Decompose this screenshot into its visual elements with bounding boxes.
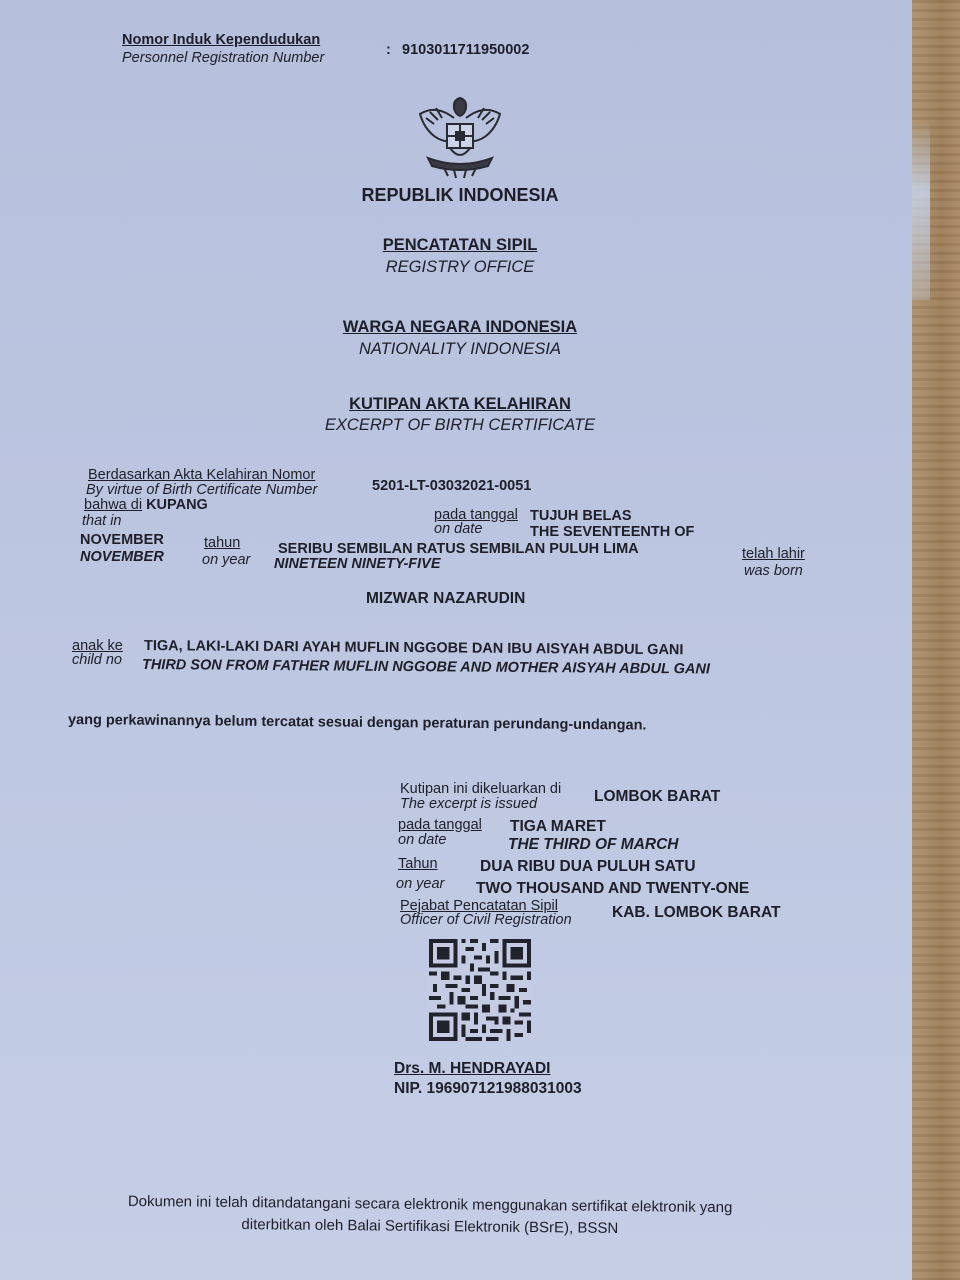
issue-date-en: THE THIRD OF MARCH bbox=[508, 836, 679, 854]
child-no-label-en: child no bbox=[72, 652, 122, 668]
issue-date-label-en: on date bbox=[398, 832, 446, 848]
issue-year-label-en: on year bbox=[396, 876, 444, 892]
issue-date-label-id: pada tanggal bbox=[398, 817, 482, 833]
issue-year-id: DUA RIBU DUA PULUH SATU bbox=[480, 858, 696, 876]
issue-year-en: TWO THOUSAND AND TWENTY-ONE bbox=[476, 880, 749, 898]
garuda-emblem-icon bbox=[414, 88, 506, 180]
cert-number-label-en: By virtue of Birth Certificate Number bbox=[86, 482, 317, 498]
marriage-note: yang perkawinannya belum tercatat sesuai… bbox=[68, 712, 647, 734]
nik-separator: : bbox=[386, 42, 391, 58]
country-title: REPUBLIK INDONESIA bbox=[290, 185, 630, 206]
cert-number-value: 5201-LT-03032021-0051 bbox=[372, 478, 531, 494]
year-label-id: tahun bbox=[204, 535, 240, 551]
electronic-signature-notice: Dokumen ini telah ditandatangani secara … bbox=[70, 1190, 790, 1242]
birth-year-en: NINETEEN NINETY-FIVE bbox=[274, 556, 441, 572]
born-label-id: telah lahir bbox=[742, 546, 805, 562]
officer-office: KAB. LOMBOK BARAT bbox=[612, 904, 780, 922]
officer-label-en: Officer of Civil Registration bbox=[400, 912, 572, 928]
nationality-en: NATIONALITY INDONESIA bbox=[290, 340, 630, 359]
born-label-en: was born bbox=[744, 563, 803, 579]
place-label-id: bahwa di bbox=[84, 497, 142, 513]
issued-label-en: The excerpt is issued bbox=[400, 796, 537, 812]
signatory-nip: NIP. 196907121988031003 bbox=[394, 1080, 582, 1098]
qr-code-icon bbox=[429, 938, 531, 1042]
issued-label-id: Kutipan ini dikeluarkan di bbox=[400, 781, 561, 797]
child-parents-en: THIRD SON FROM FATHER MUFLIN NGGOBE AND … bbox=[142, 657, 710, 677]
nik-label-en: Personnel Registration Number bbox=[122, 50, 324, 66]
birth-year-id: SERIBU SEMBILAN RATUS SEMBILAN PULUH LIM… bbox=[278, 541, 639, 557]
birth-day-en: THE SEVENTEENTH OF bbox=[530, 524, 694, 540]
signatory-name: Drs. M. HENDRAYADI bbox=[394, 1060, 550, 1078]
office-title-en: REGISTRY OFFICE bbox=[290, 258, 630, 277]
document-title-en: EXCERPT OF BIRTH CERTIFICATE bbox=[270, 416, 650, 435]
birth-month-id: NOVEMBER bbox=[80, 532, 164, 548]
cert-number-label-id: Berdasarkan Akta Kelahiran Nomor bbox=[88, 467, 315, 483]
place-label-en: that in bbox=[82, 513, 122, 529]
birth-day-id: TUJUH BELAS bbox=[530, 508, 632, 524]
birth-place: KUPANG bbox=[146, 497, 208, 513]
birth-month-en: NOVEMBER bbox=[80, 549, 164, 565]
nik-value: 9103011711950002 bbox=[402, 42, 529, 58]
nationality-id: WARGA NEGARA INDONESIA bbox=[290, 318, 630, 337]
child-parents-id: TIGA, LAKI-LAKI DARI AYAH MUFLIN NGGOBE … bbox=[144, 638, 684, 658]
office-title-id: PENCATATAN SIPIL bbox=[290, 236, 630, 255]
year-label-en: on year bbox=[202, 552, 250, 568]
date-label-en: on date bbox=[434, 521, 482, 537]
nik-label-id: Nomor Induk Kependudukan bbox=[122, 32, 320, 48]
issue-date-id: TIGA MARET bbox=[510, 818, 606, 836]
child-name: MIZWAR NAZARUDIN bbox=[366, 590, 525, 608]
birth-certificate-page: Nomor Induk Kependudukan Personnel Regis… bbox=[0, 0, 912, 1280]
issued-place: LOMBOK BARAT bbox=[594, 788, 720, 806]
document-title-id: KUTIPAN AKTA KELAHIRAN bbox=[270, 395, 650, 414]
issue-year-label-id: Tahun bbox=[398, 856, 438, 872]
